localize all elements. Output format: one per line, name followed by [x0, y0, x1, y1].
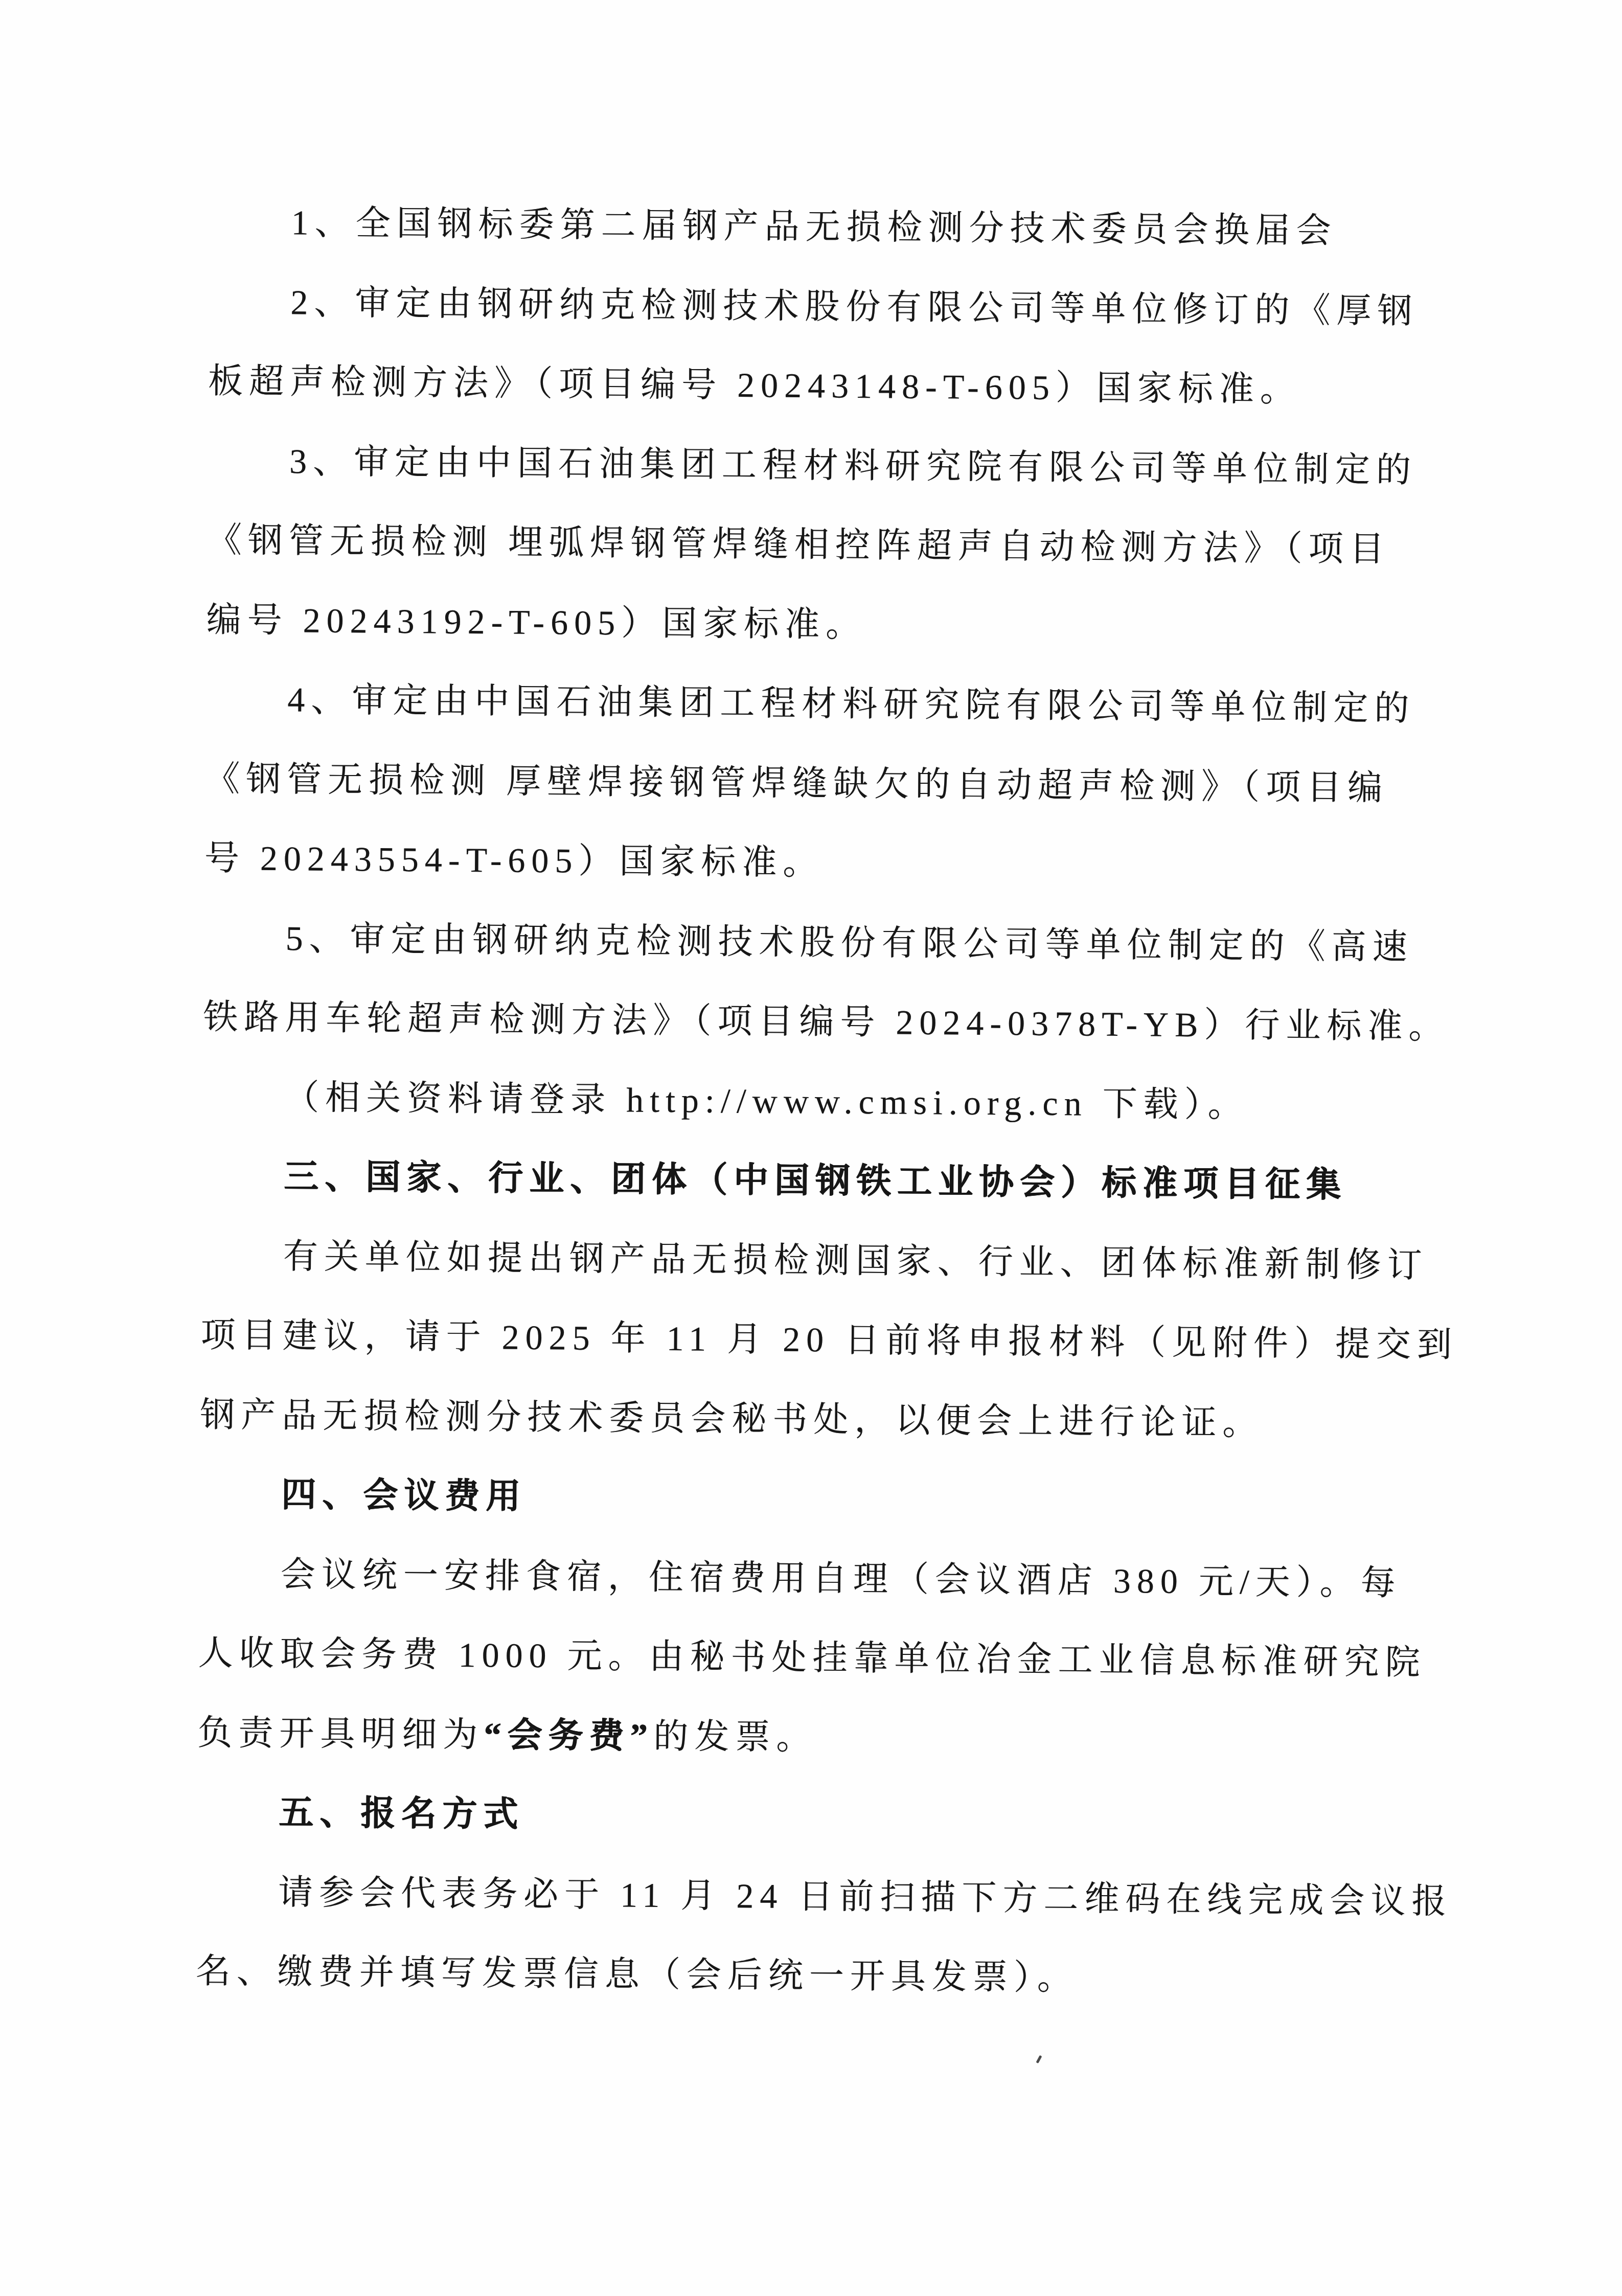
text-line: 2、审定由钢研纳克检测技术股份有限公司等单位修订的《厚钢 — [209, 284, 1418, 328]
text-run: 号 20243554-T-605）国家标准。 — [204, 838, 824, 882]
text-line: 钢产品无损检测分技术委员会秘书处，以便会上进行论证。 — [200, 1397, 1263, 1440]
text-line: （相关资料请登录 http://www.cmsi.org.cn 下载）。 — [202, 1079, 1249, 1122]
text-run: 1、全国钢标委第二届钢产品无损检测分技术委员会换届会 — [291, 203, 1337, 250]
text-run: 2、审定由钢研纳克检测技术股份有限公司等单位修订的《厚钢 — [290, 283, 1419, 330]
ink-speck-artifact — [1036, 2055, 1042, 2063]
text-line: 铁路用车轮超声检测方法》（项目编号 2024-0378T-YB）行业标准。 — [203, 999, 1450, 1044]
emphasized-text-run: 三、国家、行业、团体（中国钢铁工业协会）标准项目征集 — [284, 1157, 1347, 1204]
text-line: 名、缴费并填写发票信息（会后统一开具发票）。 — [196, 1953, 1078, 1995]
text-run: 的发票。 — [653, 1716, 817, 1757]
text-run: 负责开具明细为 — [197, 1713, 484, 1754]
text-run: 钢产品无损检测分技术委员会秘书处，以便会上进行论证。 — [200, 1395, 1264, 1442]
section-heading: 三、国家、行业、团体（中国钢铁工业协会）标准项目征集 — [202, 1158, 1347, 1202]
text-run: 铁路用车轮超声检测方法》（项目编号 2024-0378T-YB）行业标准。 — [203, 997, 1450, 1046]
text-run: 项目建议，请于 2025 年 11 月 20 日前将申报材料（见附件）提交到 — [200, 1315, 1458, 1364]
text-run: （相关资料请登录 http://www.cmsi.org.cn 下载）。 — [284, 1078, 1249, 1124]
text-run: 3、审定由中国石油集团工程材料研究院有限公司等单位制定的 — [289, 442, 1418, 489]
text-run: 名、缴费并填写发票信息（会后统一开具发票）。 — [196, 1951, 1079, 1997]
emphasized-text-run: 五、报名方式 — [279, 1793, 524, 1834]
text-run: 《钢管无损检测 埋弧焊钢管焊缝相控阵超声自动检测方法》（项目 — [207, 520, 1391, 569]
text-line: 请参会代表务必于 11 月 24 日前扫描下方二维码在线完成会议报 — [196, 1874, 1453, 1918]
text-run: 有关单位如提出钢产品无损检测国家、行业、团体标准新制修订 — [283, 1237, 1429, 1285]
text-line: 5、审定由钢研纳克检测技术股份有限公司等单位制定的《高速 — [203, 920, 1413, 964]
text-run: 请参会代表务必于 11 月 24 日前扫描下方二维码在线完成会议报 — [278, 1873, 1453, 1921]
text-run: 会议统一安排食宿，住宿费用自理（会议酒店 380 元/天）。每 — [281, 1555, 1402, 1602]
text-line: 会议统一安排食宿，住宿费用自理（会议酒店 380 元/天）。每 — [199, 1556, 1402, 1600]
section-heading: 四、会议费用 — [199, 1476, 527, 1514]
section-heading: 五、报名方式 — [197, 1794, 524, 1832]
text-line: 《钢管无损检测 埋弧焊钢管焊缝相控阵超声自动检测方法》（项目 — [207, 522, 1390, 566]
text-run: 《钢管无损检测 厚壁焊接钢管焊缝缺欠的自动超声检测》（项目编 — [205, 759, 1389, 807]
scanned-document-page: 1、全国钢标委第二届钢产品无损检测分技术委员会换届会2、审定由钢研纳克检测技术股… — [0, 0, 1622, 2296]
text-run: 编号 20243192-T-605）国家标准。 — [206, 600, 866, 644]
emphasized-text-run: “会务费” — [484, 1715, 654, 1756]
text-line: 人收取会务费 1000 元。由秘书处挂靠单位冶金工业信息标准研究院 — [198, 1635, 1426, 1680]
text-run: 4、审定由中国石油集团工程材料研究院有限公司等单位制定的 — [287, 680, 1415, 728]
text-run: 板超声检测方法》（项目编号 20243148-T-605）国家标准。 — [208, 361, 1301, 409]
text-line: 项目建议，请于 2025 年 11 月 20 日前将申报材料（见附件）提交到 — [200, 1317, 1458, 1362]
text-line: 板超声检测方法》（项目编号 20243148-T-605）国家标准。 — [208, 363, 1301, 407]
text-run: 人收取会务费 1000 元。由秘书处挂靠单位冶金工业信息标准研究院 — [198, 1633, 1426, 1682]
text-line: 《钢管无损检测 厚壁焊接钢管焊缝缺欠的自动超声检测》（项目编 — [205, 761, 1388, 805]
text-block: 1、全国钢标委第二届钢产品无损检测分技术委员会换届会2、审定由钢研纳克检测技术股… — [210, 204, 1477, 214]
emphasized-text-run: 四、会议费用 — [281, 1475, 527, 1516]
text-line: 4、审定由中国石油集团工程材料研究院有限公司等单位制定的 — [205, 681, 1415, 726]
text-run: 5、审定由钢研纳克检测技术股份有限公司等单位制定的《高速 — [285, 919, 1413, 966]
text-line: 编号 20243192-T-605）国家标准。 — [206, 602, 866, 642]
text-line: 有关单位如提出钢产品无损检测国家、行业、团体标准新制修订 — [201, 1238, 1428, 1282]
text-line: 3、审定由中国石油集团工程材料研究院有限公司等单位制定的 — [208, 443, 1417, 487]
text-line: 负责开具明细为“会务费”的发票。 — [197, 1715, 817, 1755]
text-line: 1、全国钢标委第二届钢产品无损检测分技术委员会换届会 — [209, 204, 1337, 248]
text-line: 号 20243554-T-605）国家标准。 — [204, 840, 824, 880]
